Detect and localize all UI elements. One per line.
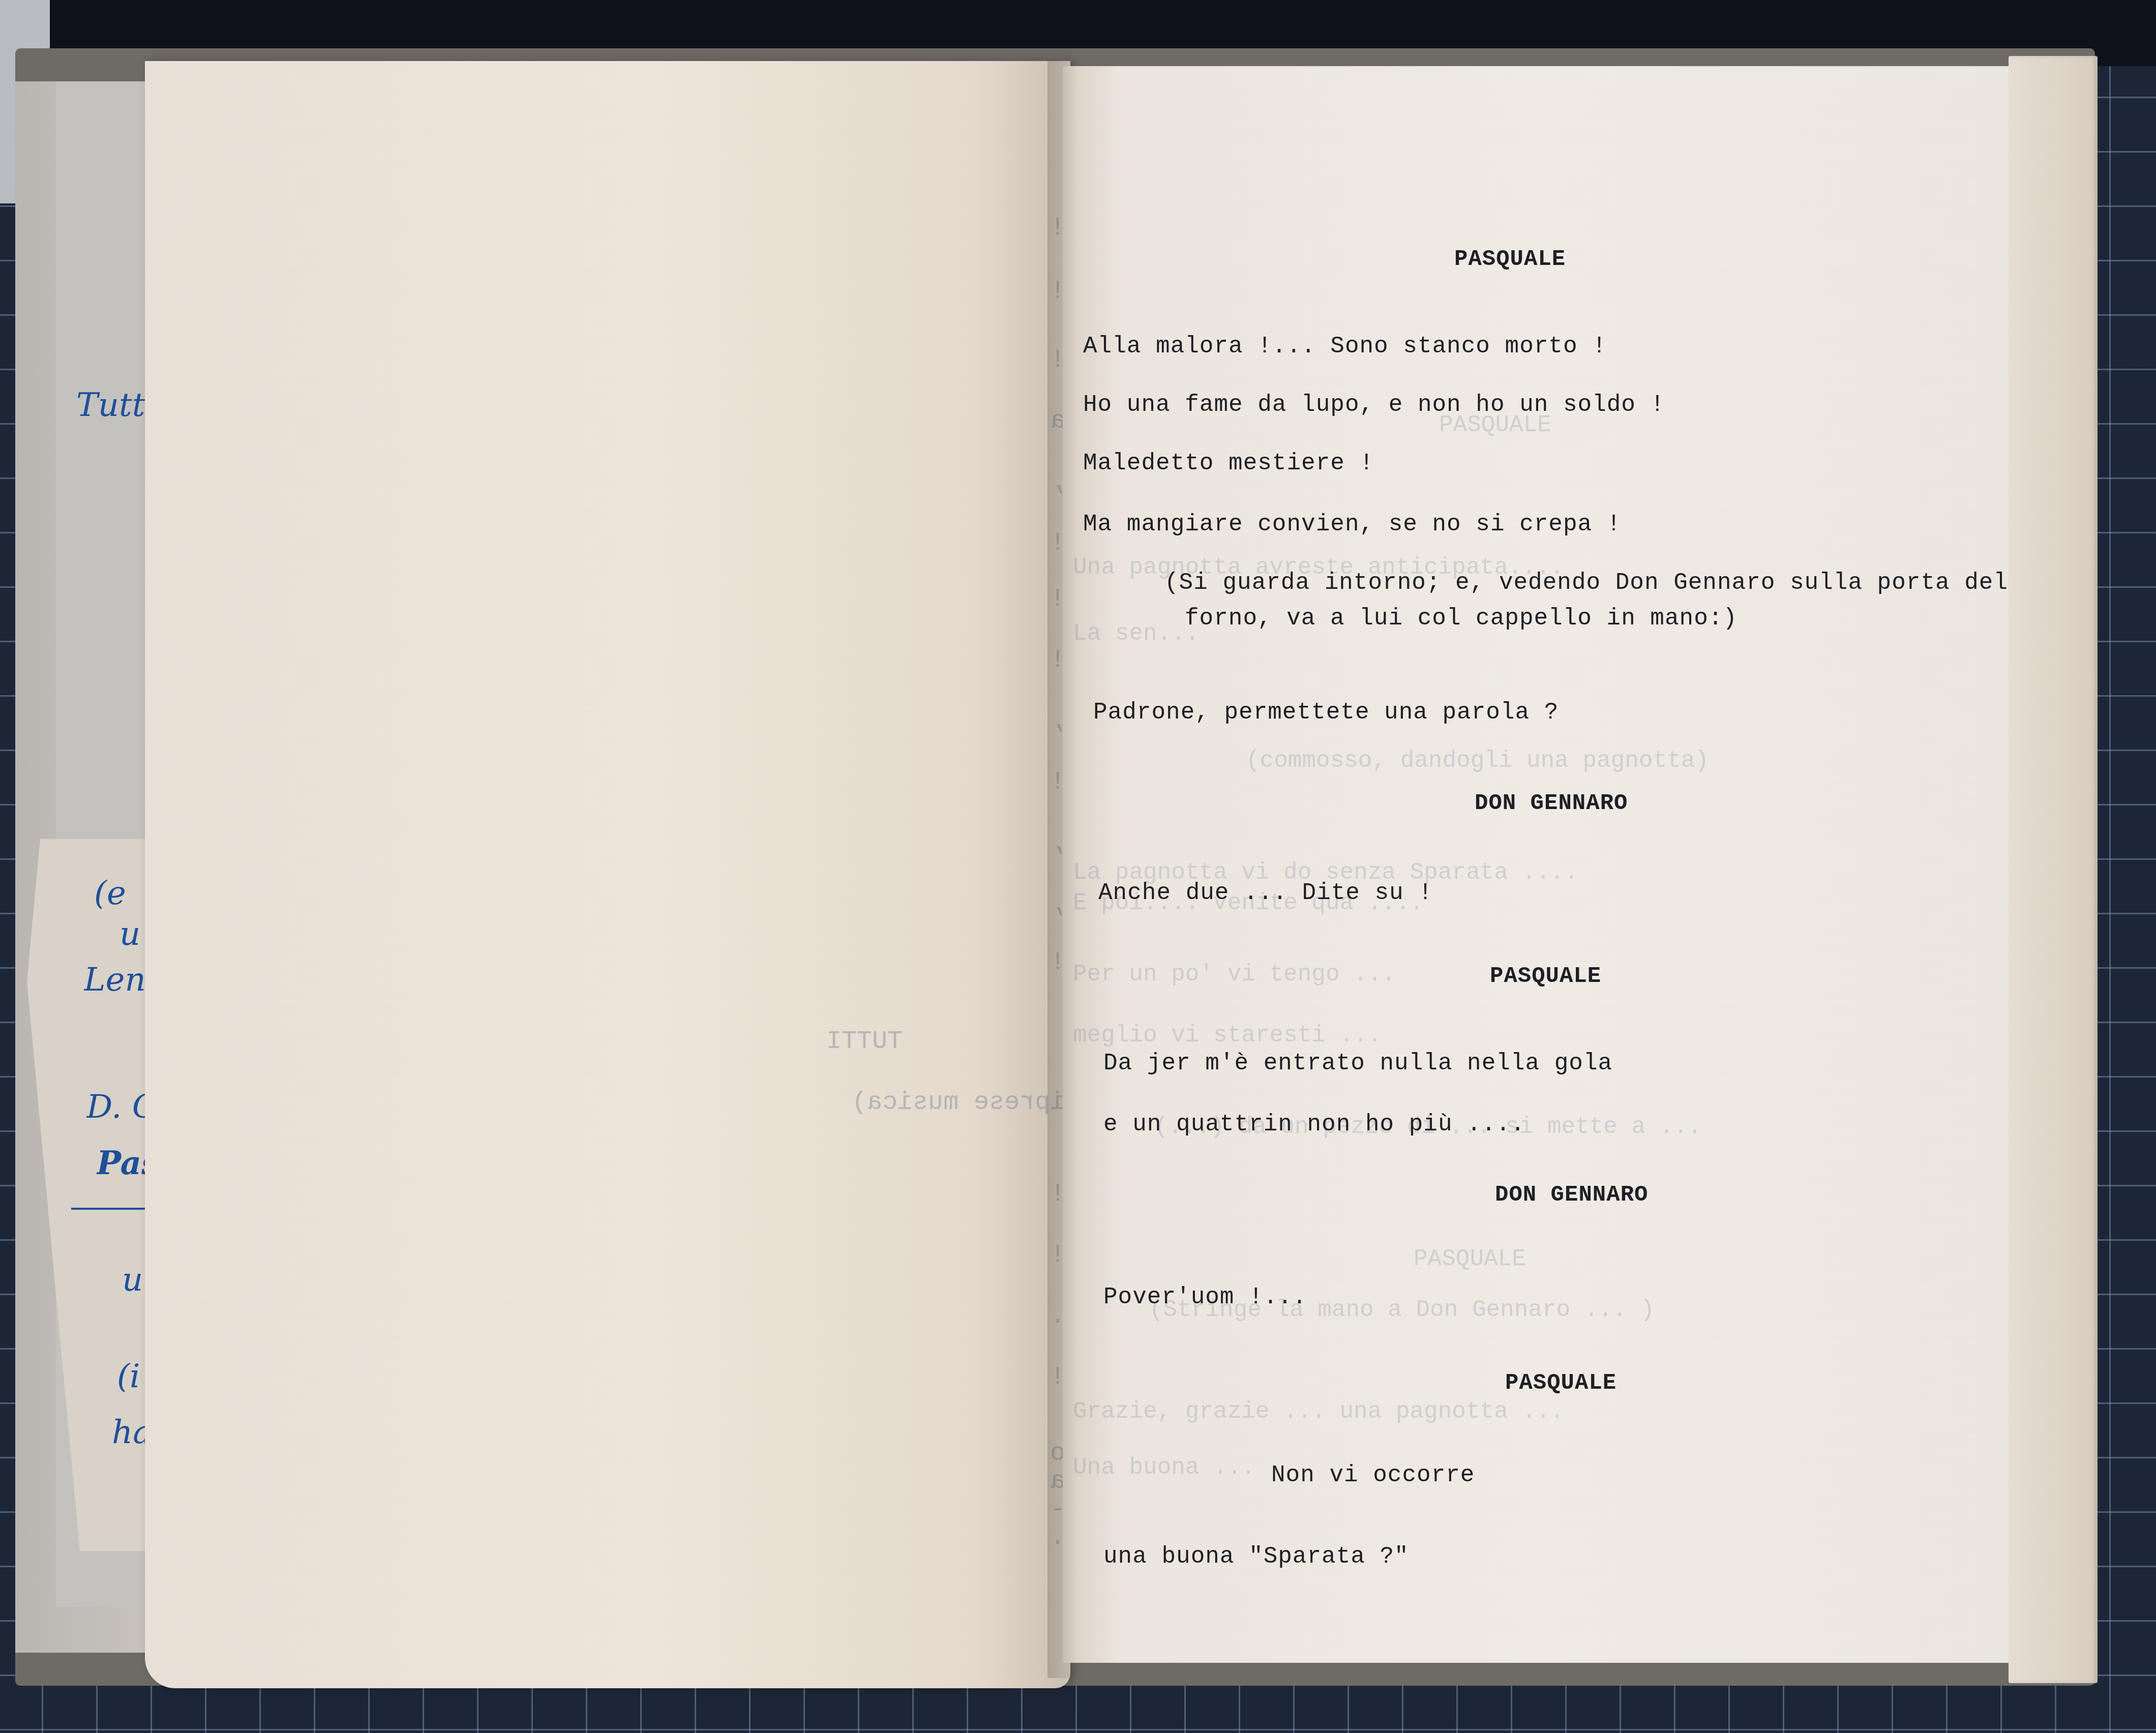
dialogue-line: Ho una fame da lupo, e non ho un soldo ! — [1083, 392, 1665, 418]
show-through-line: PASQUALE — [1414, 1246, 1526, 1272]
speaker-name: PASQUALE — [1490, 964, 1601, 989]
show-through-line: Per un po' vi tengo ... — [1073, 961, 1396, 988]
dialogue-line: Pover'uom !... — [1103, 1284, 1307, 1310]
dialogue-line: una buona "Sparata ?" — [1103, 1543, 1409, 1570]
dialogue-line: e un quattrin non ho più .... — [1103, 1111, 1525, 1138]
speaker-name: PASQUALE — [1454, 247, 1566, 272]
left-page: ...arcène a Pendino !...e rotta a Pascà … — [145, 61, 1070, 1688]
dialogue-line: Ma mangiare convien, se no si crepa ! — [1083, 511, 1621, 537]
show-through-line: Grazie, grazie ... una pagnotta ... — [1073, 1398, 1564, 1425]
book-spine-shadow — [1047, 61, 1078, 1678]
stage-direction: (Si guarda intorno; e, vedendo Don Genna… — [1164, 570, 2008, 596]
right-page: PASQUALEUna pagnotta avreste anticipata.… — [1063, 66, 2009, 1663]
mirrored-show-through-line: TUTTI — [826, 1027, 903, 1056]
dialogue-line: Non vi occorre — [1271, 1462, 1475, 1488]
dialogue-line: Maledetto mestiere ! — [1083, 450, 1374, 476]
dialogue-line: Anche due ... Dite su ! — [1098, 880, 1433, 906]
margin-notes: Tutti (e u Lena D. Gen Pas u (i ha — [56, 81, 147, 1607]
show-through-line: Una buona ... — [1073, 1454, 1255, 1481]
speaker-name: DON GENNARO — [1475, 791, 1628, 816]
page-stack-right — [2009, 56, 2098, 1683]
dialogue-line: Padrone, permettete una parola ? — [1093, 699, 1559, 726]
speaker-name: PASQUALE — [1505, 1370, 1616, 1396]
show-through-line: La sen... — [1073, 620, 1199, 647]
show-through-line: meglio vi staresti ... — [1073, 1022, 1382, 1049]
dialogue-line: Alla malora !... Sono stanco morto ! — [1083, 333, 1607, 360]
margin-rule — [71, 1208, 153, 1210]
show-through-line: (commosso, dandogli una pagnotta) — [1246, 748, 1709, 774]
speaker-name: DON GENNARO — [1495, 1182, 1648, 1208]
dialogue-line: Da jer m'è entrato nulla nella gola — [1103, 1050, 1612, 1077]
stage-direction: forno, va a lui col cappello in mano:) — [1185, 605, 1738, 632]
